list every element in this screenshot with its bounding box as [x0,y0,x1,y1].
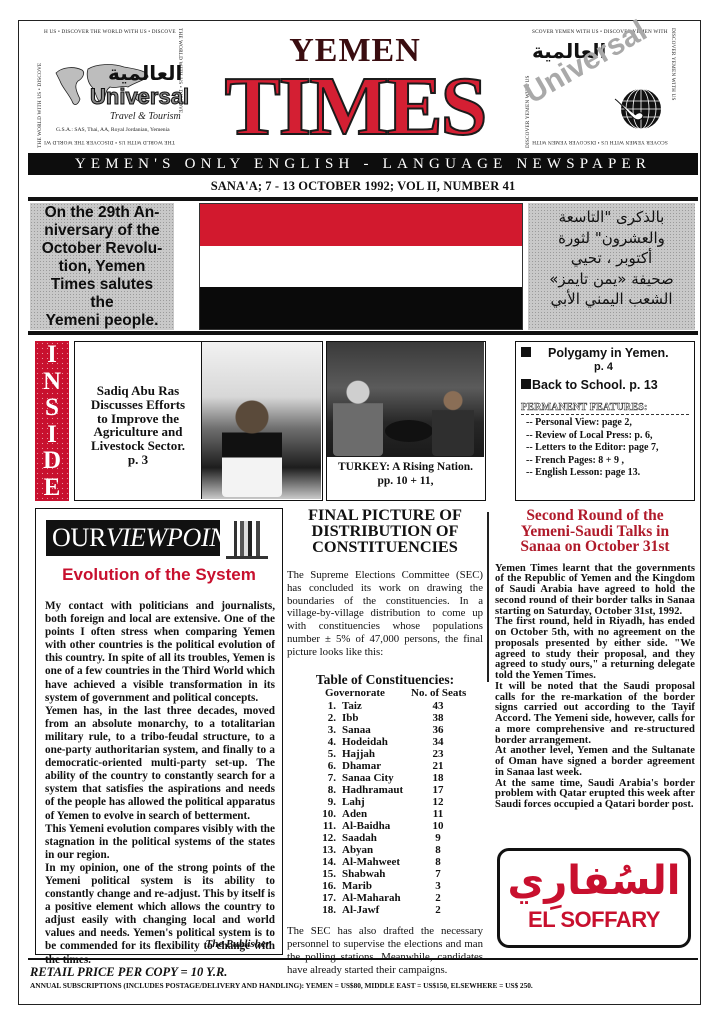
inside-letter: I [35,422,69,449]
table-row: 6.Dhamar21 [287,760,483,772]
inside-label: I N S I D E [35,341,69,501]
seats-cell: 18 [418,772,458,784]
column-header-governorate: Governorate [325,687,411,700]
constituencies-outro: The SEC has also drafted the necessary p… [287,925,483,976]
highlight-title: Back to School. p. 13 [532,378,658,392]
paragraph: At another level, Yemen and the Sultanat… [495,746,695,778]
permanent-feature-item[interactable]: -- Personal View: page 2, [516,417,694,430]
paragraph: Yemen Times learnt that the governments … [495,564,695,618]
governorate-cell: Hadhramaut [342,784,418,796]
anniversary-arabic-box: بالذكرى "التاسعة والعشرون" لثورة أكتوبر … [528,203,695,330]
governorate-cell: Al-Maharah [342,892,418,904]
row-number: 5. [287,748,342,760]
photo-turkey-meeting [327,342,484,457]
row-number: 8. [287,784,342,796]
anniversary-line: the [30,294,174,312]
table-row: 11.Al-Baidha10 [287,820,483,832]
border-talks-headline: Second Round of the Yemeni-Saudi Talks i… [495,508,695,555]
anniversary-line: Times salutes [30,276,174,294]
paragraph: It will be noted that the Saudi proposal… [495,682,695,747]
flag-stripe-black [200,287,522,329]
story-line: Sadiq Abu Ras [75,384,201,398]
highlight-polygamy[interactable]: Polygamy in Yemen. [516,346,694,360]
border-talks-article: Second Round of the Yemeni-Saudi Talks i… [495,504,695,811]
governorate-cell: Sanaa City [342,772,418,784]
viewpoint-body: My contact with politicians and journali… [45,600,275,967]
seats-cell: 2 [418,904,458,916]
highlight-page: p. 4 [516,360,694,374]
row-number: 13. [287,844,342,856]
title-times: TIMES [200,62,510,152]
table-row: 10.Aden11 [287,808,483,820]
ad-subtitle: Travel & Tourism [110,111,181,122]
photo-sadiq-abu-ras [201,342,321,499]
inside-story-text: Sadiq Abu Ras Discusses Efforts to Impro… [75,384,201,467]
inside-highlights-box: Polygamy in Yemen. p. 4 Back to School. … [515,341,695,501]
anniversary-arabic-line: بالذكرى "التاسعة [528,207,695,228]
soffary-english: EL SOFFARY [500,907,688,933]
inside-story-agriculture[interactable]: Sadiq Abu Ras Discusses Efforts to Impro… [74,341,323,501]
headline-line: Yemeni-Saudi Talks in [495,524,695,540]
ad-ring-text-bottom: SCOVER YEMEN WITH US • DISCOVER YEMEN WI… [532,139,668,145]
yemen-flag [199,203,523,330]
building-icon [226,521,268,559]
governorate-cell: Dhamar [342,760,418,772]
row-number: 2. [287,712,342,724]
tagline-banner: YEMEN'S ONLY ENGLISH - LANGUAGE NEWSPAPE… [28,153,698,175]
seats-cell: 3 [418,880,458,892]
column-divider [487,512,489,682]
universal-travel-ad-left: H US • DISCOVER THE WORLD WITH US • DISC… [30,27,190,147]
caption-line: TURKEY: A Rising Nation. [327,460,484,474]
seats-cell: 23 [418,748,458,760]
highlight-title: Polygamy in Yemen. [548,346,669,360]
governorate-cell: Shabwah [342,868,418,880]
table-row: 15.Shabwah7 [287,868,483,880]
governorate-cell: Taiz [342,700,418,712]
divider [28,331,698,335]
seats-cell: 11 [418,808,458,820]
permanent-feature-item[interactable]: -- English Lesson: page 13. [516,467,694,480]
photo-person [333,380,383,456]
table-header: Governorate No. of Seats [287,687,483,700]
permanent-feature-item[interactable]: -- French Pages: 8 + 9 , [516,455,694,468]
story-line: Livestock Sector. [75,439,201,453]
constituencies-article: FINAL PICTURE OF DISTRIBUTION OF CONSTIT… [287,504,483,959]
story-line: Agriculture and [75,425,201,439]
row-number: 6. [287,760,342,772]
constituency-table: 1.Taiz432.Ibb383.Sanaa364.Hodeidah345.Ha… [287,700,483,917]
el-soffary-advert: السُفارِي EL SOFFARY [497,848,691,948]
ad-ring-text-right: DISCOVER YEMEN WITH US [670,28,676,148]
table-row: 3.Sanaa36 [287,724,483,736]
anniversary-line: tion, Yemen [30,258,174,276]
row-number: 18. [287,904,342,916]
soffary-arabic: السُفارِي [500,855,688,907]
paragraph: This Yemeni evolution compares visibly w… [45,823,275,862]
seats-cell: 8 [418,844,458,856]
governorate-cell: Al-Baidha [342,820,418,832]
row-number: 16. [287,880,342,892]
row-number: 9. [287,796,342,808]
divider [28,958,698,960]
anniversary-line: On the 29th An- [30,204,174,222]
paragraph: Yemen has, in the last three decades, mo… [45,705,275,823]
divider [28,197,698,201]
viewpoint-header-italic: VIEWPOINT [106,523,241,552]
photo-caption: TURKEY: A Rising Nation. pp. 10 + 11, [327,460,484,488]
newspaper-title: YEMEN TIMES [200,28,510,152]
seats-cell: 9 [418,832,458,844]
seats-cell: 21 [418,760,458,772]
seats-cell: 2 [418,892,458,904]
square-bullet-icon [521,379,531,389]
table-row: 13.Abyan8 [287,844,483,856]
row-number: 12. [287,832,342,844]
anniversary-english-box: On the 29th An- niversary of the October… [30,203,174,330]
highlight-back-to-school[interactable]: Back to School. p. 13 [516,378,694,392]
seats-cell: 12 [418,796,458,808]
table-row: 16.Marib3 [287,880,483,892]
table-row: 1.Taiz43 [287,700,483,712]
table-row: 8.Hadhramaut17 [287,784,483,796]
photo-person [432,390,474,456]
anniversary-line: October Revolu- [30,240,174,258]
viewpoint-article: OURVIEWPOINT Evolution of the System My … [35,508,283,955]
anniversary-arabic-line: أكتوبر ، تحيي [528,248,695,269]
photo-person [222,397,282,497]
flag-stripe-red [200,204,522,246]
seats-cell: 10 [418,820,458,832]
seats-cell: 34 [418,736,458,748]
seats-cell: 17 [418,784,458,796]
governorate-cell: Aden [342,808,418,820]
table-row: 18.Al-Jawf2 [287,904,483,916]
globe-dove-icon [613,85,663,133]
row-number: 17. [287,892,342,904]
table-row: 4.Hodeidah34 [287,736,483,748]
constituencies-headline: FINAL PICTURE OF DISTRIBUTION OF CONSTIT… [287,507,483,555]
row-number: 1. [287,700,342,712]
headline-line: Second Round of the [495,508,695,524]
viewpoint-header: OURVIEWPOINT [46,520,220,556]
anniversary-line: niversary of the [30,222,174,240]
row-number: 4. [287,736,342,748]
square-bullet-icon [521,347,531,357]
ad-ring-text-left: THE WORLD WITH US • DISCOVE [37,28,43,148]
row-number: 14. [287,856,342,868]
permanent-features-title: PERMANENT FEATURES: [516,402,694,413]
story-line: p. 3 [75,453,201,467]
subscription-rates: ANNUAL SUBSCRIPTIONS (INCLUDES POSTAGE/D… [30,981,533,991]
ad-ring-text-top: H US • DISCOVER THE WORLD WITH US • DISC… [44,29,176,35]
headline-line: CONSTITUENCIES [287,539,483,555]
paragraph: At the same time, Saudi Arabia's border … [495,779,695,811]
row-number: 7. [287,772,342,784]
table-title: Table of Constituencies: [287,672,483,687]
governorate-cell: Al-Mahweet [342,856,418,868]
paragraph: In my opinion, one of the strong points … [45,862,275,967]
dashed-divider [521,414,689,415]
column-header-seats: No. of Seats [411,687,466,700]
caption-line: pp. 10 + 11, [327,474,484,488]
governorate-cell: Ibb [342,712,418,724]
constituencies-intro: The Supreme Elections Committee (SEC) ha… [287,569,483,659]
governorate-cell: Marib [342,880,418,892]
ad-brand: Universal [90,84,189,110]
seats-cell: 43 [418,700,458,712]
table-row: 9.Lahj12 [287,796,483,808]
anniversary-arabic-line: والعشرون" لثورة [528,228,695,249]
inside-letter: E [35,475,69,502]
table-row: 14.Al-Mahweet8 [287,856,483,868]
governorate-cell: Al-Jawf [342,904,418,916]
retail-price: RETAIL PRICE PER COPY = 10 Y.R. [30,965,227,979]
seats-cell: 36 [418,724,458,736]
governorate-cell: Sanaa [342,724,418,736]
paragraph: My contact with politicians and journali… [45,600,275,705]
seats-cell: 7 [418,868,458,880]
row-number: 15. [287,868,342,880]
ad-gsa-line: G.S.A.: SAS, Thai, AA, Royal Jordanian, … [56,127,170,133]
photo-table [385,420,433,442]
border-talks-body: Yemen Times learnt that the governments … [495,564,695,811]
anniversary-arabic-line: صحيفة «يمن تايمز» [528,269,695,290]
table-row: 7.Sanaa City18 [287,772,483,784]
anniversary-line: Yemeni people. [30,312,174,330]
universal-travel-ad-right: SCOVER YEMEN WITH US • DISCOVER YEMEN WI… [518,27,683,147]
permanent-feature-item[interactable]: -- Review of Local Press: p. 6, [516,430,694,443]
seats-cell: 8 [418,856,458,868]
governorate-cell: Saadah [342,832,418,844]
viewpoint-headline: Evolution of the System [36,565,282,585]
table-row: 17.Al-Maharah2 [287,892,483,904]
row-number: 11. [287,820,342,832]
governorate-cell: Hodeidah [342,736,418,748]
viewpoint-signature: The Publisher [206,938,270,950]
governorate-cell: Hajjah [342,748,418,760]
ad-arabic-name: العالمية [108,61,182,85]
governorate-cell: Abyan [342,844,418,856]
permanent-feature-item[interactable]: -- Letters to the Editor: page 7, [516,442,694,455]
inside-letter: S [35,395,69,422]
viewpoint-header-bold: OUR [52,523,106,552]
inside-story-turkey[interactable]: TURKEY: A Rising Nation. pp. 10 + 11, [326,341,486,501]
story-line: to Improve the [75,412,201,426]
inside-letter: I [35,342,69,369]
inside-letter: N [35,369,69,396]
ad-ring-text-bottom: THE WORLD WITH US • DISCOVER THE WORLD W… [44,139,175,145]
row-number: 10. [287,808,342,820]
headline-line: Sanaa on October 31st [495,539,695,555]
table-row: 5.Hajjah23 [287,748,483,760]
story-line: Discusses Efforts [75,398,201,412]
table-row: 12.Saadah9 [287,832,483,844]
seats-cell: 38 [418,712,458,724]
inside-letter: D [35,448,69,475]
table-row: 2.Ibb38 [287,712,483,724]
flag-stripe-white [200,246,522,288]
row-number: 3. [287,724,342,736]
governorate-cell: Lahj [342,796,418,808]
dateline: SANA'A; 7 - 13 OCTOBER 1992; VOL II, NUM… [28,177,698,195]
anniversary-arabic-line: الشعب اليمني الأبي [528,289,695,310]
paragraph: The first round, held in Riyadh, has end… [495,617,695,682]
